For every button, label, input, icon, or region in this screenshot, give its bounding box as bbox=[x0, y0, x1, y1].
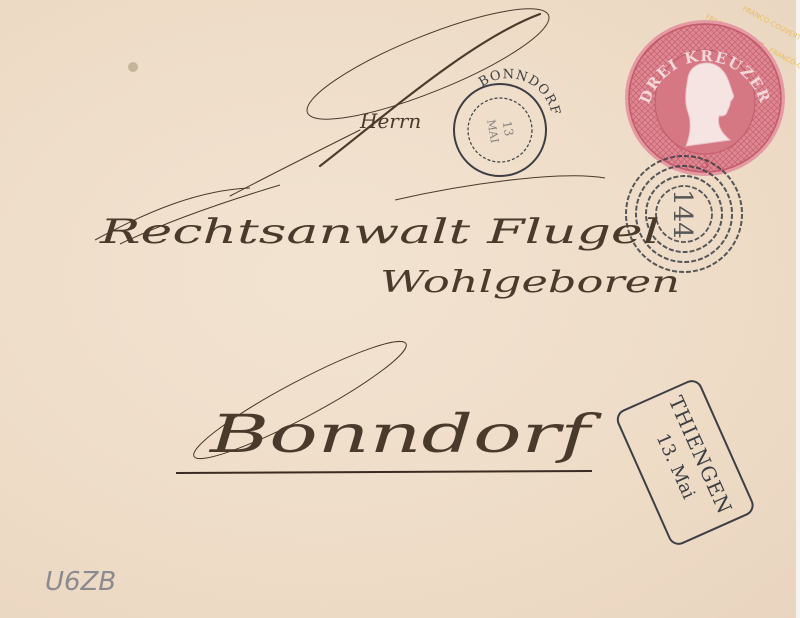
svg-text:144: 144 bbox=[667, 189, 697, 239]
svg-text:Wohlgeboren: Wohlgeboren bbox=[380, 265, 680, 300]
city-underline bbox=[176, 471, 592, 473]
svg-text:Herrn: Herrn bbox=[359, 109, 421, 133]
paper-spot bbox=[128, 62, 138, 72]
bonndorf-postmark: BONNDORF 13 MAI bbox=[454, 67, 563, 176]
handwriting-city: Bonndorf bbox=[176, 328, 602, 473]
handwriting-name: Rechtsanwalt Flugel Wohlgeboren bbox=[95, 176, 680, 300]
svg-text:Rechtsanwalt Flugel: Rechtsanwalt Flugel bbox=[98, 212, 660, 252]
envelope-artwork: FRANCO-COUVERT · FRANCO-COUVERT FRANCO-C… bbox=[0, 0, 800, 618]
embossed-stamp: DREI KREUZER 3 bbox=[625, 20, 785, 176]
handwriting-salutation: Herrn bbox=[230, 0, 559, 196]
svg-text:BONNDORF: BONNDORF bbox=[476, 67, 563, 117]
svg-text:Bonndorf: Bonndorf bbox=[208, 405, 602, 465]
thiengen-postmark: THIENGEN 13. Mai bbox=[615, 378, 756, 547]
pencil-note: U6ZB bbox=[45, 567, 116, 597]
svg-text:MAI: MAI bbox=[484, 119, 501, 144]
svg-text:13: 13 bbox=[500, 120, 516, 137]
envelope: FRANCO-COUVERT · FRANCO-COUVERT FRANCO-C… bbox=[0, 0, 800, 618]
